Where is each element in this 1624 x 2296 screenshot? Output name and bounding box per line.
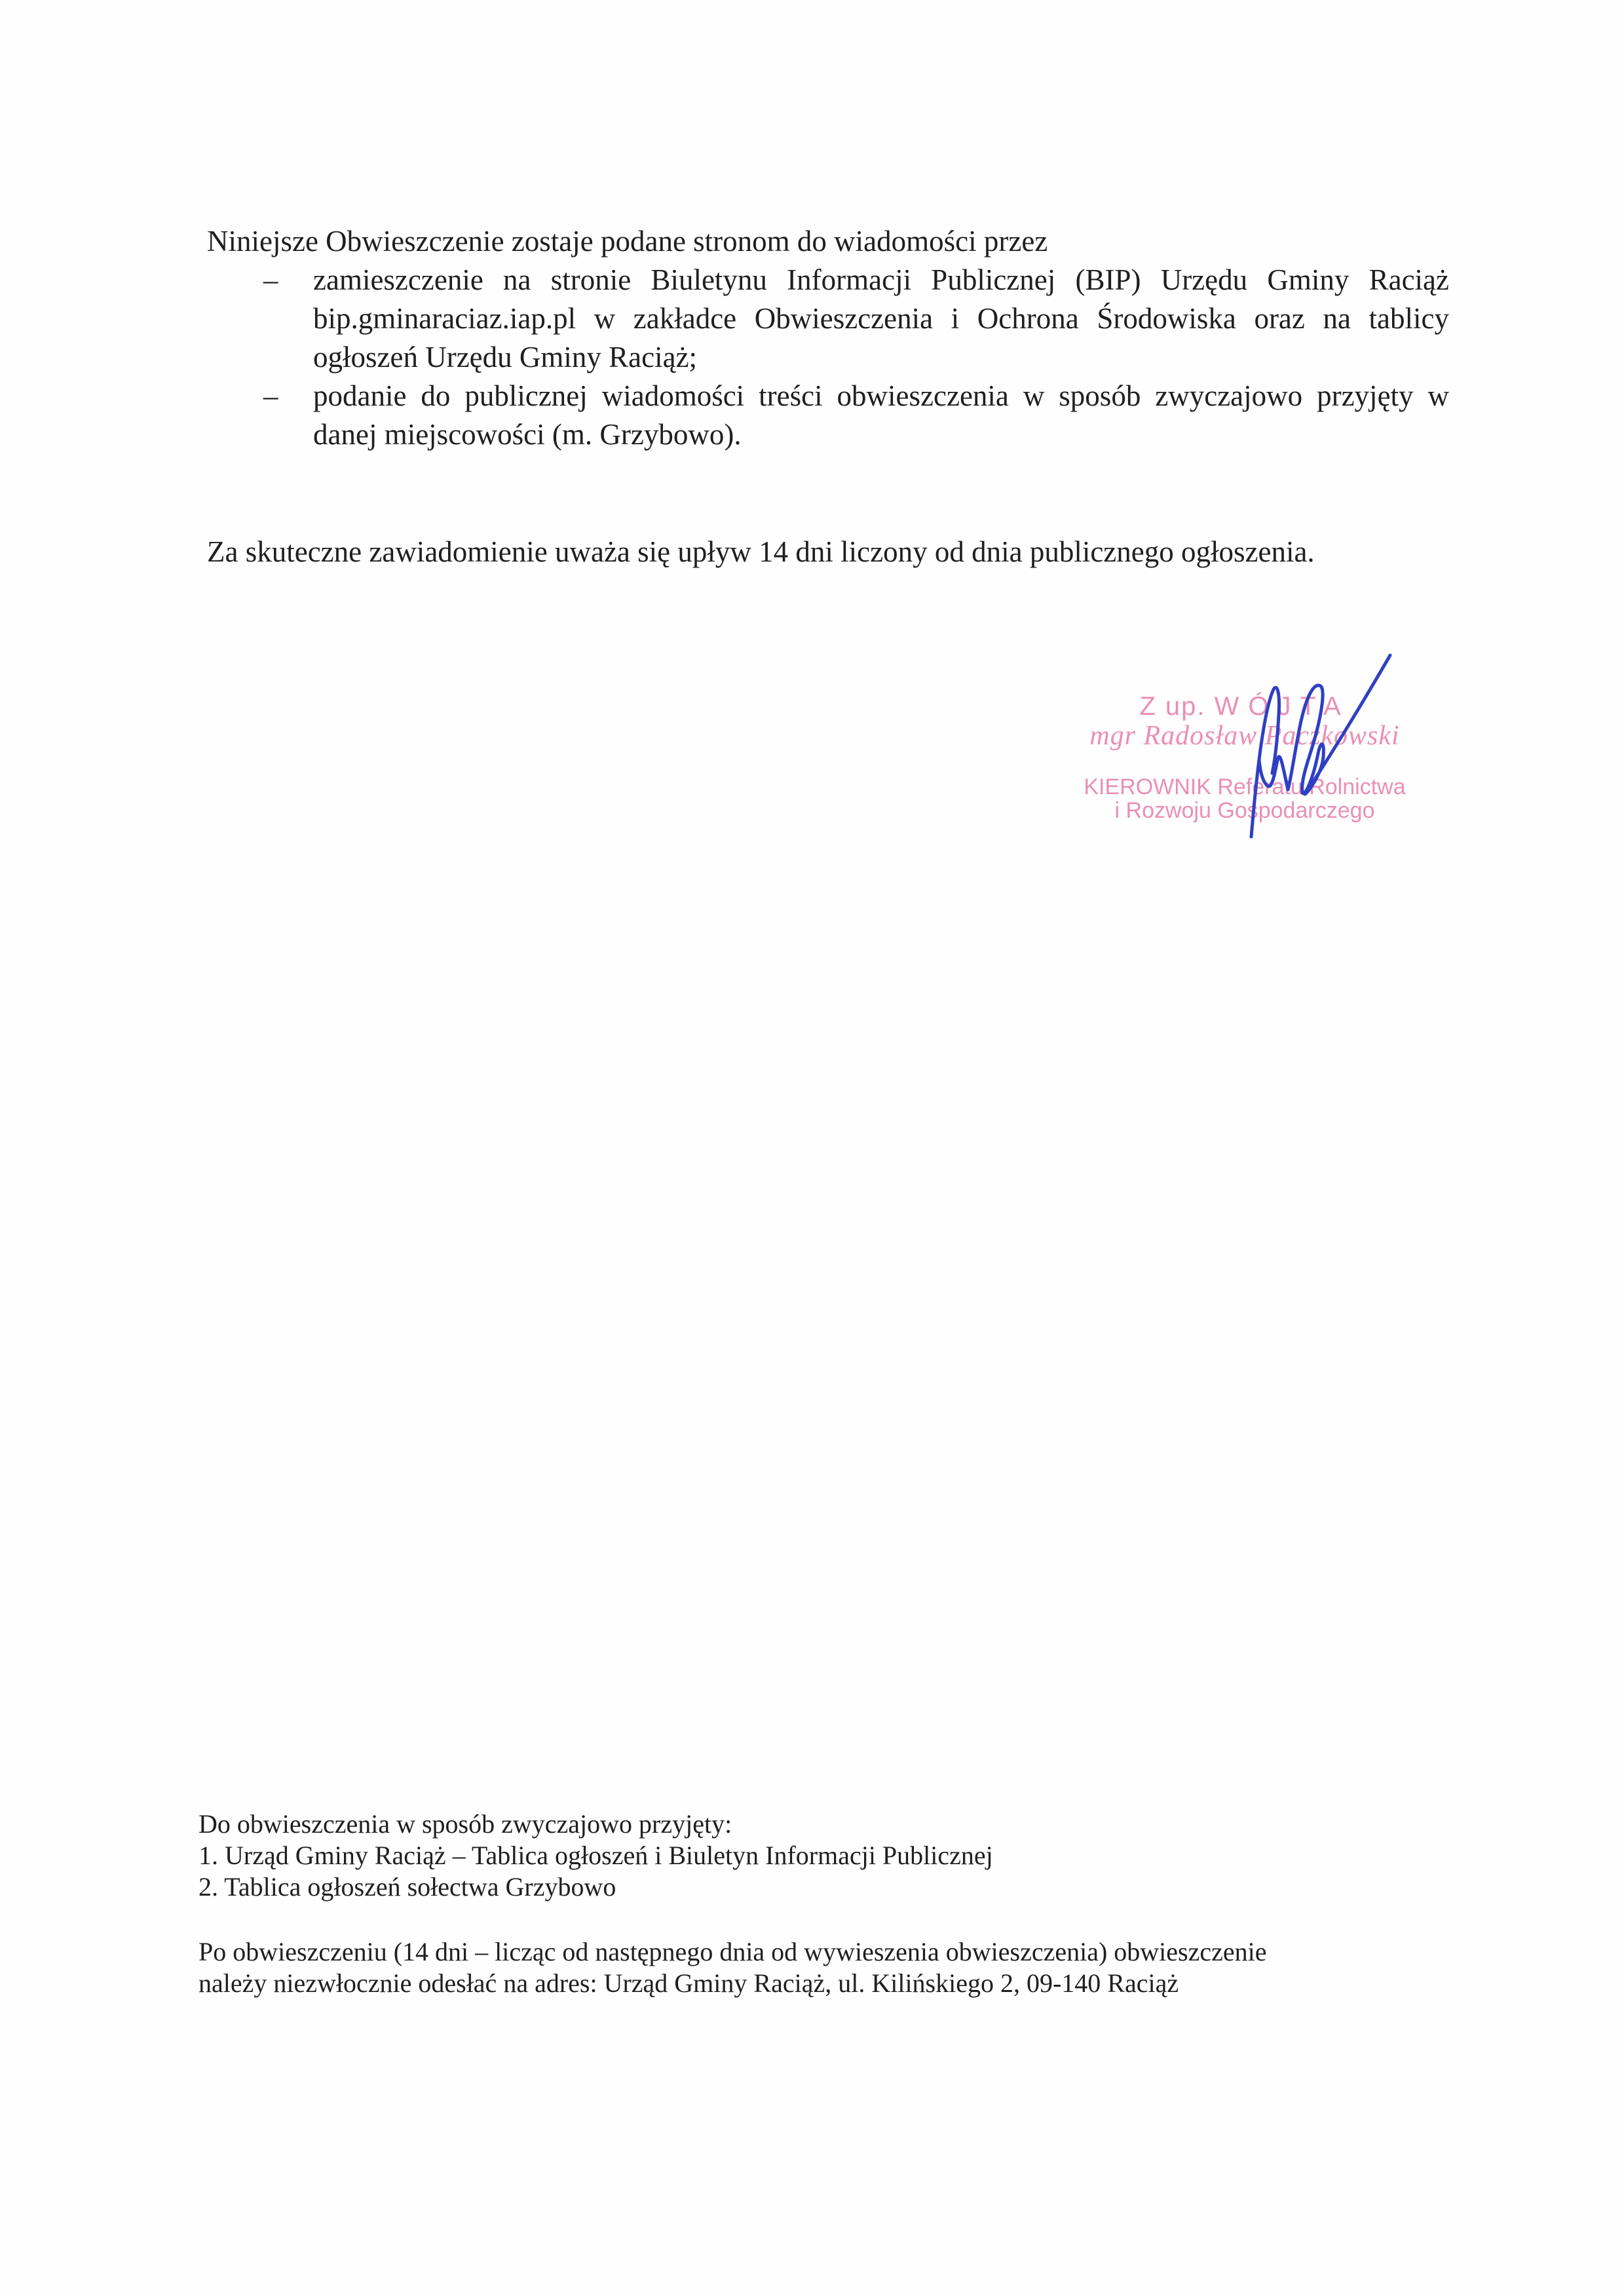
dash-bullet-icon: – — [263, 261, 278, 299]
return-instructions-paragraph: Po obwieszczeniu (14 dni – licząc od nas… — [198, 1936, 1267, 1999]
intro-paragraph: Niniejsze Obwieszczenie zostaje podane s… — [207, 222, 1452, 261]
stamp-authority-line: Z up. WÓJTA — [1061, 692, 1428, 721]
official-stamp: Z up. WÓJTA mgr Radosław Paczkowski KIER… — [1061, 681, 1428, 839]
distribution-item: 2. Tablica ogłoszeń sołectwa Grzybowo — [198, 1871, 993, 1903]
publication-method-item: – podanie do publicznej wiadomości treśc… — [207, 377, 1449, 454]
stamp-position-line-1: KIEROWNIK Referatu Rolnictwa — [1061, 775, 1428, 799]
notification-effect-paragraph: Za skuteczne zawiadomienie uważa się upł… — [207, 533, 1315, 571]
stamp-office: WÓJTA — [1215, 692, 1350, 721]
distribution-list: 1. Urząd Gminy Raciąż – Tablica ogłoszeń… — [198, 1840, 993, 1903]
distribution-item: 1. Urząd Gminy Raciąż – Tablica ogłoszeń… — [198, 1840, 993, 1871]
stamp-prefix: Z up. — [1139, 692, 1205, 721]
publication-method-text: zamieszczenie na stronie Biuletynu Infor… — [313, 261, 1449, 377]
publication-method-item: – zamieszczenie na stronie Biuletynu Inf… — [207, 261, 1449, 377]
stamp-signatory-name: mgr Radosław Paczkowski — [1061, 721, 1428, 751]
return-instructions-line-1: Po obwieszczeniu (14 dni – licząc od nas… — [198, 1936, 1267, 1968]
stamp-position-line-2: i Rozwoju Gospodarczego — [1061, 798, 1428, 823]
return-instructions-line-2: należy niezwłocznie odesłać na adres: Ur… — [198, 1968, 1267, 1999]
distribution-section: Do obwieszczenia w sposób zwyczajowo prz… — [198, 1808, 993, 1903]
document-page: Niniejsze Obwieszczenie zostaje podane s… — [0, 0, 1624, 2296]
publication-method-text: podanie do publicznej wiadomości treści … — [313, 377, 1449, 454]
dash-bullet-icon: – — [263, 377, 278, 415]
distribution-heading: Do obwieszczenia w sposób zwyczajowo prz… — [198, 1808, 993, 1840]
publication-methods-list: – zamieszczenie na stronie Biuletynu Inf… — [207, 261, 1449, 454]
